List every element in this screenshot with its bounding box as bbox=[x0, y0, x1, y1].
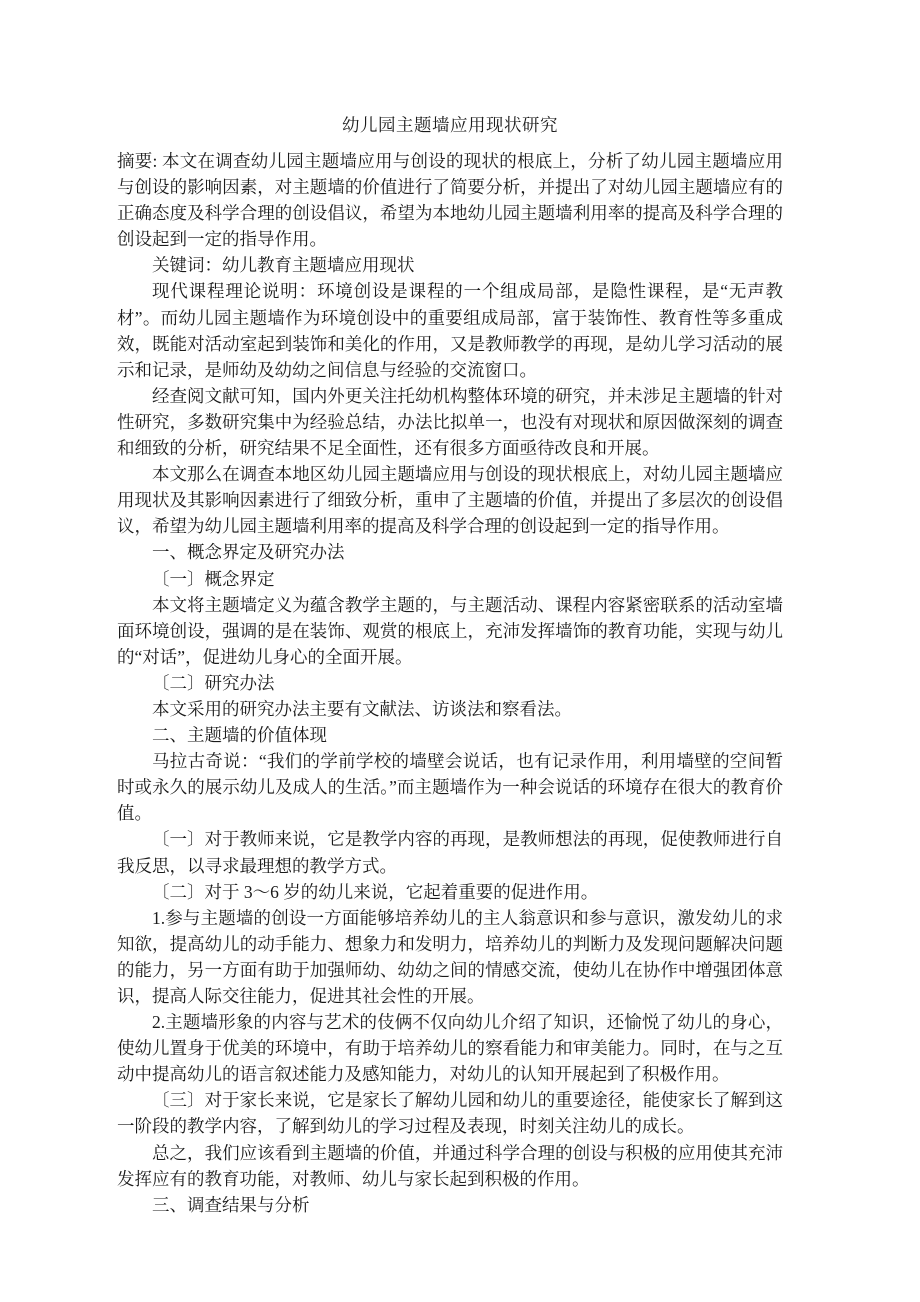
intro-paragraph: 现代课程理论说明：环境创设是课程的一个组成局部，是隐性课程，是“无声教材”。而幼… bbox=[117, 278, 783, 382]
value-parents-paragraph: 〔三〕对于家长来说，它是家长了解幼儿园和幼儿的重要途径，能使家长了解到这一阶段的… bbox=[117, 1087, 783, 1139]
summary-paragraph: 总之，我们应该看到主题墙的价值，并通过科学合理的创设与积极的应用使其充沛发挥应有… bbox=[117, 1140, 783, 1192]
value-children-point-1: 1.参与主题墙的创设一方面能够培养幼儿的主人翁意识和参与意识，激发幼儿的求知欲，… bbox=[117, 905, 783, 1009]
subsection-heading-1-2: 〔二〕研究办法 bbox=[117, 670, 783, 696]
literature-review-paragraph: 经查阅文献可知，国内外更关注托幼机构整体环境的研究，并未涉足主题墙的针对性研究，… bbox=[117, 383, 783, 461]
value-children-heading: 〔二〕对于 3～6 岁的幼儿来说，它起着重要的促进作用。 bbox=[117, 879, 783, 905]
document-title: 幼儿园主题墙应用现状研究 bbox=[117, 112, 783, 138]
document-page: 幼儿园主题墙应用现状研究 摘要: 本文在调查幼儿园主题墙应用与创设的现状的根底上… bbox=[0, 0, 920, 1302]
keywords-line: 关键词：幼儿教育主题墙应用现状 bbox=[117, 252, 783, 278]
quote-paragraph: 马拉古奇说：“我们的学前学校的墙壁会说话，也有记录作用，利用墙壁的空间暂时或永久… bbox=[117, 748, 783, 826]
definition-paragraph: 本文将主题墙定义为蕴含教学主题的，与主题活动、课程内容紧密联系的活动室墙面环境创… bbox=[117, 592, 783, 670]
value-teachers-paragraph: 〔一〕对于教师来说，它是教学内容的再现，是教师想法的再现，促使教师进行自我反思，… bbox=[117, 826, 783, 878]
abstract-paragraph: 摘要: 本文在调查幼儿园主题墙应用与创设的现状的根底上，分析了幼儿园主题墙应用与… bbox=[117, 148, 783, 252]
section-heading-3: 三、调查结果与分析 bbox=[117, 1192, 783, 1218]
purpose-paragraph: 本文那么在调查本地区幼儿园主题墙应用与创设的现状根底上，对幼儿园主题墙应用现状及… bbox=[117, 461, 783, 539]
subsection-heading-1-1: 〔一〕概念界定 bbox=[117, 566, 783, 592]
section-heading-2: 二、主题墙的价值体现 bbox=[117, 722, 783, 748]
section-heading-1: 一、概念界定及研究办法 bbox=[117, 539, 783, 565]
value-children-point-2: 2.主题墙形象的内容与艺术的伎俩不仅向幼儿介绍了知识，还愉悦了幼儿的身心，使幼儿… bbox=[117, 1009, 783, 1087]
document-body: 摘要: 本文在调查幼儿园主题墙应用与创设的现状的根底上，分析了幼儿园主题墙应用与… bbox=[117, 148, 783, 1218]
methods-paragraph: 本文采用的研究办法主要有文献法、访谈法和察看法。 bbox=[117, 696, 783, 722]
